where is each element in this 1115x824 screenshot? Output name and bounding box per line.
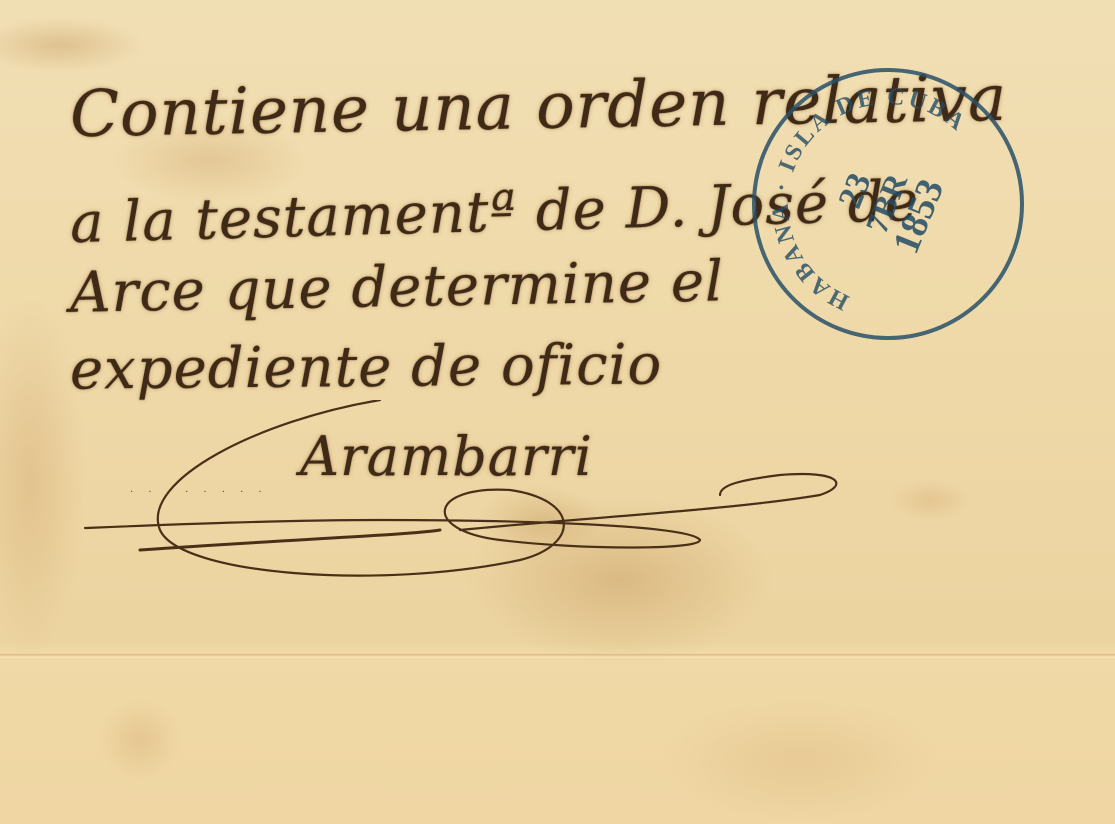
- handwriting-line-3: Arce que determine el: [69, 249, 724, 325]
- signature-dots: . . . . . . . .: [130, 484, 268, 495]
- document-paper: Contiene una orden relativa a la testame…: [0, 0, 1115, 824]
- signature: Arambarri: [300, 425, 593, 488]
- paper-fold-line: [0, 654, 1115, 660]
- handwriting-line-4: expediente de oficio: [70, 332, 663, 402]
